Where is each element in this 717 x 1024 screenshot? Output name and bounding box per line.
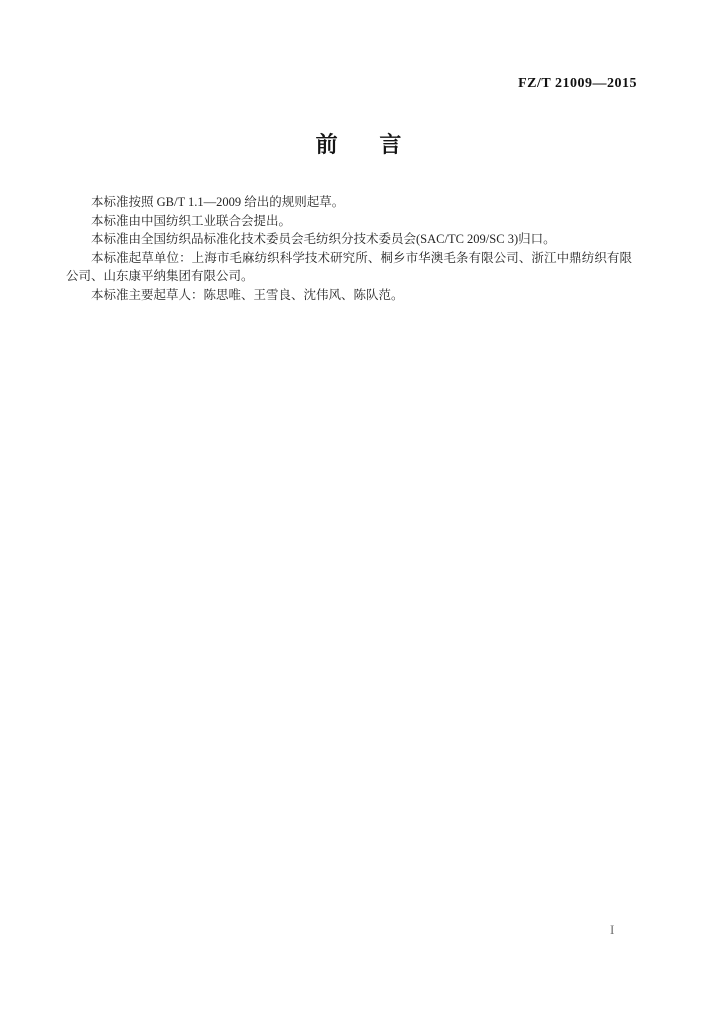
standard-code-header: FZ/T 21009—2015 bbox=[518, 76, 637, 92]
paragraph: 本标准由中国纺织工业联合会提出。 bbox=[66, 212, 632, 231]
page-number: I bbox=[610, 922, 614, 938]
page-title: 前言 bbox=[0, 128, 717, 159]
paragraph: 本标准起草单位：上海市毛麻纺织科学技术研究所、桐乡市华澳毛条有限公司、浙江中鼎纺… bbox=[66, 249, 632, 286]
paragraph: 本标准由全国纺织品标准化技术委员会毛纺织分技术委员会(SAC/TC 209/SC… bbox=[66, 230, 632, 249]
foreword-body: 本标准按照 GB/T 1.1—2009 给出的规则起草。本标准由中国纺织工业联合… bbox=[66, 193, 632, 305]
paragraph: 本标准主要起草人：陈思唯、王雪良、沈伟风、陈队范。 bbox=[66, 286, 632, 305]
paragraph: 本标准按照 GB/T 1.1—2009 给出的规则起草。 bbox=[66, 193, 632, 212]
document-page: FZ/T 21009—2015 前言 本标准按照 GB/T 1.1—2009 给… bbox=[0, 0, 717, 1024]
